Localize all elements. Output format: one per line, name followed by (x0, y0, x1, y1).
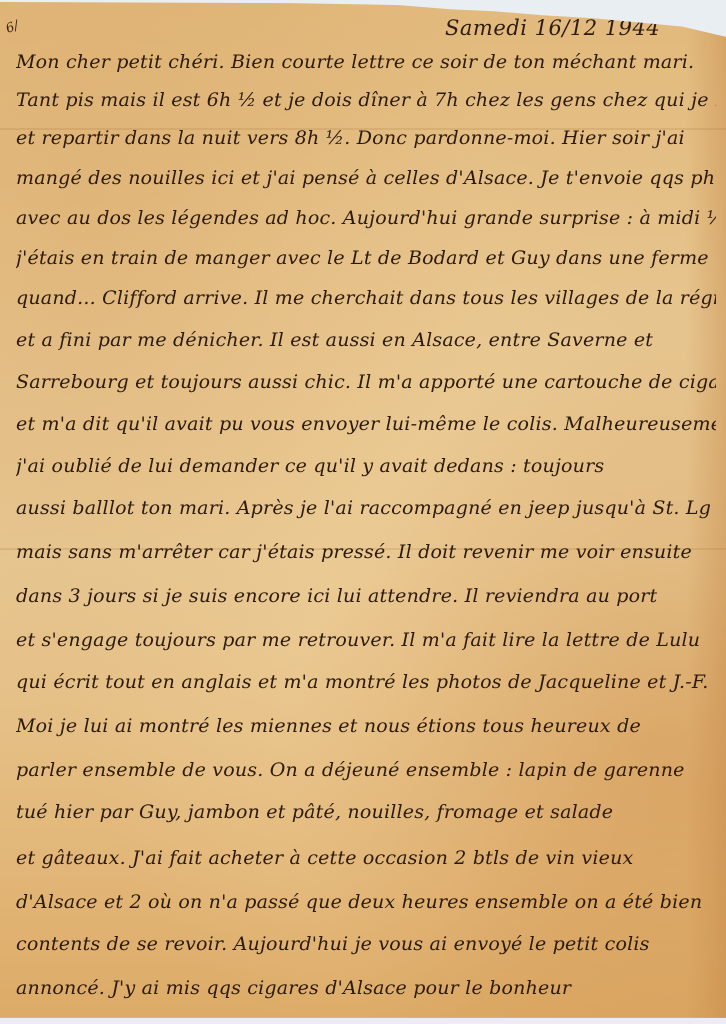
letter-page: 6/ Samedi 16/12 1944 Mon cher petit chér… (0, 0, 726, 1024)
letter-line: qui écrit tout en anglais et m'a montré … (16, 670, 716, 694)
letter-line: et s'engage toujours par me retrouver. I… (16, 628, 716, 652)
letter-line: mangé des nouilles ici et j'ai pensé à c… (16, 166, 716, 190)
letter-line: avec au dos les légendes ad hoc. Aujourd… (16, 206, 716, 230)
letter-line: aussi balllot ton mari. Après je l'ai ra… (16, 496, 716, 520)
letter-line: annoncé. J'y ai mis qqs cigares d'Alsace… (16, 976, 716, 1000)
letter-line: j'ai oublié de lui demander ce qu'il y a… (16, 454, 716, 478)
letter-line: Sarrebourg et toujours aussi chic. Il m'… (16, 370, 716, 394)
letter-line: d'Alsace et 2 où on n'a passé que deux h… (16, 890, 716, 914)
letter-line: parler ensemble de vous. On a déjeuné en… (16, 758, 716, 782)
letter-line: j'étais en train de manger avec le Lt de… (16, 246, 716, 270)
letter-line: Mon cher petit chéri. Bien courte lettre… (16, 50, 716, 74)
page-number-mark: 6/ (4, 18, 21, 36)
letter-line: quand... Clifford arrive. Il me cherchai… (16, 286, 716, 310)
letter-line: tué hier par Guy, jambon et pâté, nouill… (16, 800, 716, 824)
letter-line: dans 3 jours si je suis encore ici lui a… (16, 584, 716, 608)
letter-line: et repartir dans la nuit vers 8h ½. Donc… (16, 126, 716, 150)
letter-line: et gâteaux. J'ai fait acheter à cette oc… (16, 846, 716, 870)
letter-line: Moi je lui ai montré les miennes et nous… (16, 714, 716, 738)
letter-date: Samedi 16/12 1944 (445, 16, 660, 40)
letter-line: et m'a dit qu'il avait pu vous envoyer l… (16, 412, 716, 436)
letter-line: contents de se revoir. Aujourd'hui je vo… (16, 932, 716, 956)
letter-line: Tant pis mais il est 6h ½ et je dois dîn… (16, 88, 716, 112)
letter-line: mais sans m'arrêter car j'étais pressé. … (16, 540, 716, 564)
letter-line: et a fini par me dénicher. Il est aussi … (16, 328, 716, 352)
